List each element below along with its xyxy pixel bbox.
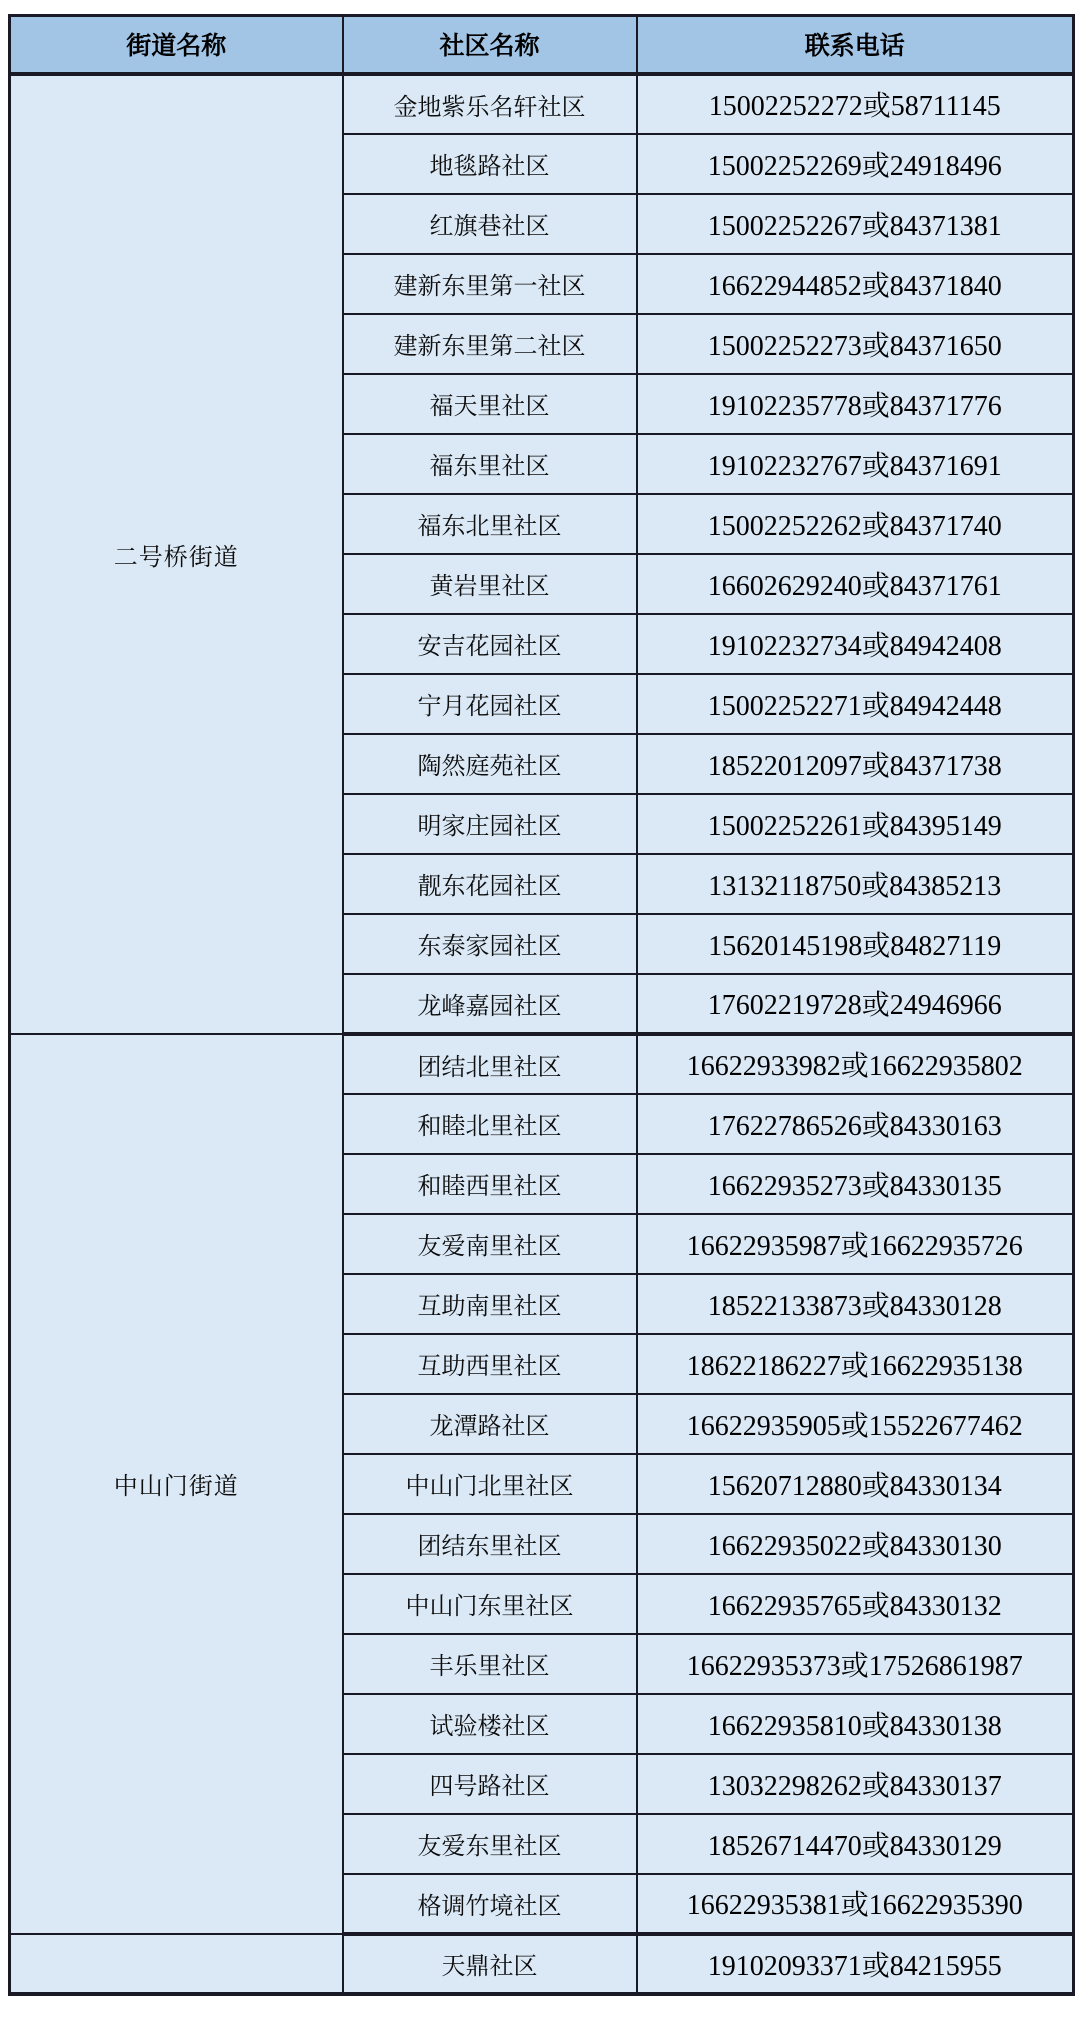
community-name-cell: 明家庄园社区 [343,794,637,854]
community-name-cell: 福东里社区 [343,434,637,494]
community-name-cell: 互助南里社区 [343,1274,637,1334]
community-name-cell: 团结北里社区 [343,1034,637,1094]
contact-phone-cell: 15002252269或24918496 [637,134,1074,194]
contact-phone-cell: 15620145198或84827119 [637,914,1074,974]
contact-phone-cell: 16602629240或84371761 [637,554,1074,614]
contact-phone-cell: 19102232734或84942408 [637,614,1074,674]
contact-phone-cell: 15002252272或58711145 [637,74,1074,134]
street-name-cell: 二号桥街道 [10,74,343,1034]
community-name-cell: 格调竹境社区 [343,1874,637,1934]
header-row: 街道名称 社区名称 联系电话 [10,16,1074,74]
community-name-cell: 靓东花园社区 [343,854,637,914]
contact-phone-cell: 16622935381或16622935390 [637,1874,1074,1934]
contact-phone-cell: 18522133873或84330128 [637,1274,1074,1334]
contact-phone-cell: 15620712880或84330134 [637,1454,1074,1514]
contact-phone-cell: 16622935987或16622935726 [637,1214,1074,1274]
contact-phone-cell: 15002252271或84942448 [637,674,1074,734]
column-header-community: 社区名称 [343,16,637,74]
table-row: 中山门街道团结北里社区16622933982或16622935802 [10,1034,1074,1094]
community-name-cell: 友爱东里社区 [343,1814,637,1874]
community-name-cell: 龙峰嘉园社区 [343,974,637,1034]
community-name-cell: 试验楼社区 [343,1694,637,1754]
community-name-cell: 地毯路社区 [343,134,637,194]
community-name-cell: 天鼎社区 [343,1934,637,1994]
community-name-cell: 四号路社区 [343,1754,637,1814]
contact-phone-cell: 16622944852或84371840 [637,254,1074,314]
community-name-cell: 团结东里社区 [343,1514,637,1574]
contact-phone-cell: 19102235778或84371776 [637,374,1074,434]
contact-phone-cell: 16622935765或84330132 [637,1574,1074,1634]
table-row: 二号桥街道金地紫乐名轩社区15002252272或58711145 [10,74,1074,134]
contact-phone-cell: 16622933982或16622935802 [637,1034,1074,1094]
community-name-cell: 福天里社区 [343,374,637,434]
community-name-cell: 中山门北里社区 [343,1454,637,1514]
column-header-street: 街道名称 [10,16,343,74]
community-name-cell: 互助西里社区 [343,1334,637,1394]
community-name-cell: 金地紫乐名轩社区 [343,74,637,134]
street-name-cell [10,1934,343,1994]
page: 街道名称 社区名称 联系电话 二号桥街道金地紫乐名轩社区15002252272或… [0,0,1080,2038]
contact-phone-cell: 15002252273或84371650 [637,314,1074,374]
street-name-cell: 中山门街道 [10,1034,343,1934]
contact-phone-cell: 18522012097或84371738 [637,734,1074,794]
contact-phone-cell: 18622186227或16622935138 [637,1334,1074,1394]
table-row: 天鼎社区19102093371或84215955 [10,1934,1074,1994]
contact-phone-cell: 17602219728或24946966 [637,974,1074,1034]
contact-phone-cell: 16622935810或84330138 [637,1694,1074,1754]
community-name-cell: 龙潭路社区 [343,1394,637,1454]
contact-phone-cell: 15002252267或84371381 [637,194,1074,254]
community-contact-table: 街道名称 社区名称 联系电话 二号桥街道金地紫乐名轩社区15002252272或… [8,14,1075,1996]
community-name-cell: 丰乐里社区 [343,1634,637,1694]
contact-phone-cell: 15002252262或84371740 [637,494,1074,554]
contact-phone-cell: 19102093371或84215955 [637,1934,1074,1994]
community-name-cell: 黄岩里社区 [343,554,637,614]
community-name-cell: 福东北里社区 [343,494,637,554]
contact-phone-cell: 16622935273或84330135 [637,1154,1074,1214]
community-name-cell: 友爱南里社区 [343,1214,637,1274]
community-name-cell: 和睦北里社区 [343,1094,637,1154]
community-name-cell: 和睦西里社区 [343,1154,637,1214]
contact-phone-cell: 16622935022或84330130 [637,1514,1074,1574]
contact-phone-cell: 15002252261或84395149 [637,794,1074,854]
contact-phone-cell: 18526714470或84330129 [637,1814,1074,1874]
community-name-cell: 宁月花园社区 [343,674,637,734]
column-header-phone: 联系电话 [637,16,1074,74]
community-name-cell: 中山门东里社区 [343,1574,637,1634]
community-name-cell: 安吉花园社区 [343,614,637,674]
contact-phone-cell: 16622935905或15522677462 [637,1394,1074,1454]
community-name-cell: 东泰家园社区 [343,914,637,974]
community-name-cell: 建新东里第一社区 [343,254,637,314]
community-name-cell: 红旗巷社区 [343,194,637,254]
contact-phone-cell: 13032298262或84330137 [637,1754,1074,1814]
contact-phone-cell: 13132118750或84385213 [637,854,1074,914]
contact-phone-cell: 16622935373或17526861987 [637,1634,1074,1694]
community-name-cell: 建新东里第二社区 [343,314,637,374]
contact-phone-cell: 19102232767或84371691 [637,434,1074,494]
contact-phone-cell: 17622786526或84330163 [637,1094,1074,1154]
community-name-cell: 陶然庭苑社区 [343,734,637,794]
